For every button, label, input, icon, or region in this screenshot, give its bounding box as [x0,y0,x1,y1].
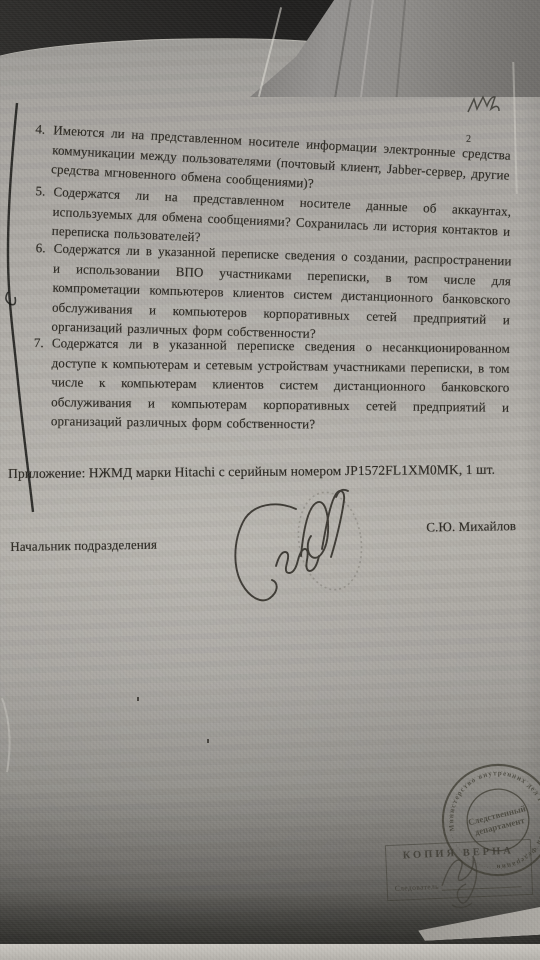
copy-stamp-title: КОПИЯ ВЕРНА [386,845,530,862]
question-number: 6. [35,238,45,258]
paper-crease [360,0,375,100]
paper-specks [137,697,139,701]
signer-name: С.Ю. Михайлов [426,516,516,550]
signature-title: Начальник подразделения [10,522,157,557]
question-text: Содержатся ли в указанной переписке свед… [51,241,511,341]
table-surface-strip [0,944,540,960]
question-item-6: 6. Содержатся ли в указанной переписке с… [29,238,512,349]
question-number: 4. [35,119,46,139]
paper-crease [334,0,352,100]
paper-crease [395,0,406,100]
question-number: 7. [34,333,44,353]
document-photo: 2 4. Имеются ли на представленном носите… [0,0,540,960]
question-text: Содержатся ли в указанной переписке свед… [51,335,510,431]
page-bottom-shadow [0,892,540,948]
copy-stamp-signature-line [442,878,522,890]
question-number: 5. [35,181,46,201]
question-item-7: 7. Содержатся ли в указанной переписке с… [29,333,510,436]
